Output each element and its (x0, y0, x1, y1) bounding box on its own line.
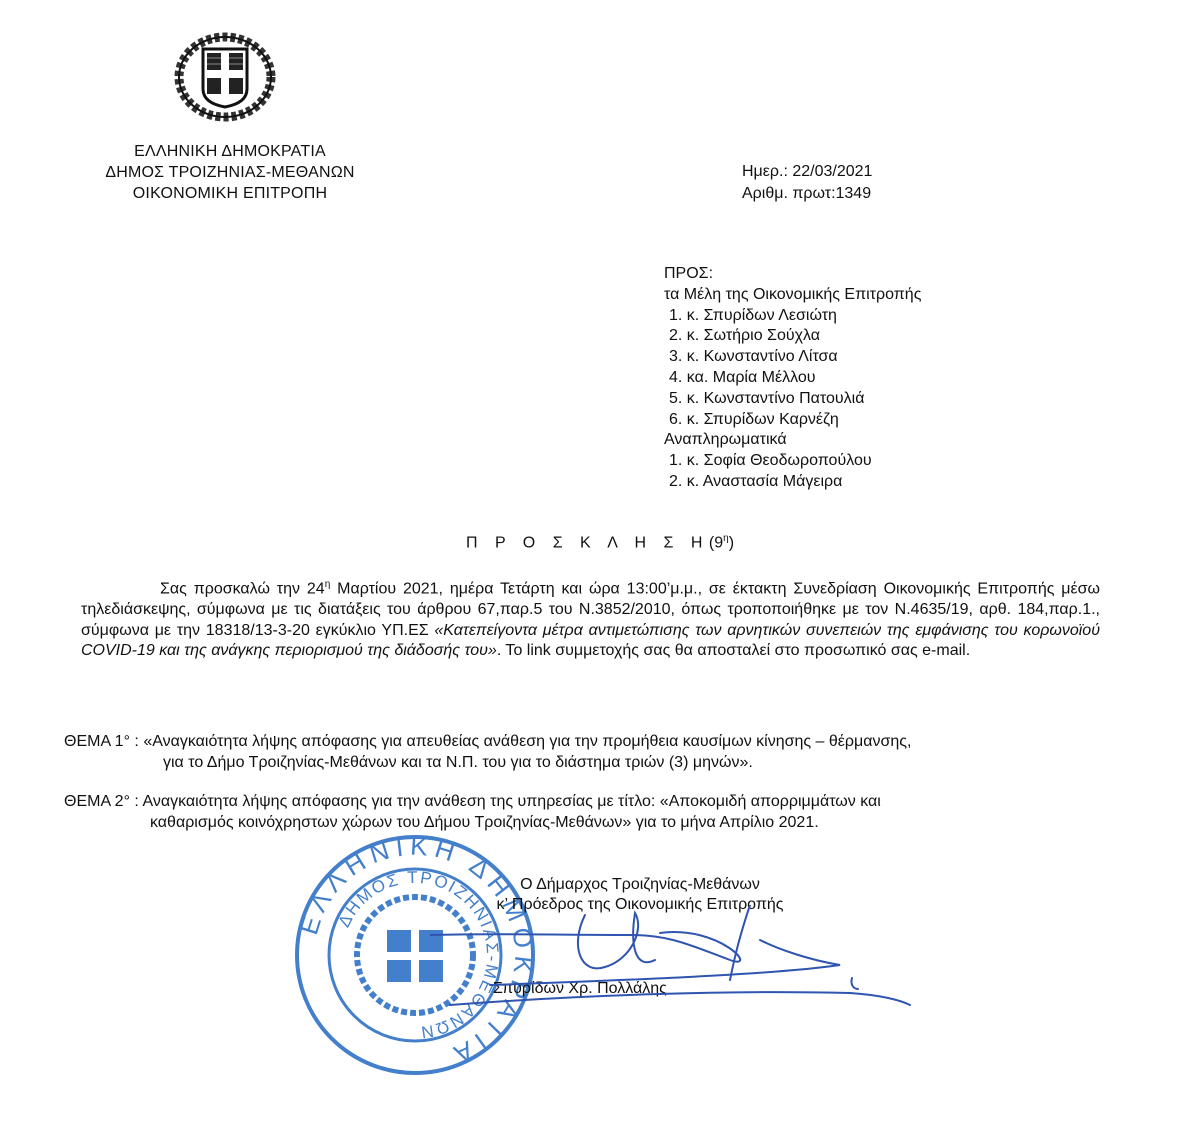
recipient-item: 4. κα. Μαρία Μέλλου (664, 368, 921, 389)
handwritten-signature-icon (430, 905, 940, 1065)
invitation-title: Π Ρ Ο Σ Κ Λ Η Σ Η(9η) (0, 533, 1200, 552)
protocol-number: Αριθμ. πρωτ:1349 (742, 183, 872, 205)
invitation-number-close: ) (729, 534, 734, 551)
document-meta: Ημερ.: 22/03/2021 Αριθμ. πρωτ:1349 (742, 161, 872, 205)
greek-coat-of-arms-icon (170, 25, 280, 125)
invitation-body: Σας προσκαλώ την 24η Μαρτίου 2021, ημέρα… (81, 575, 1100, 662)
document-date: Ημερ.: 22/03/2021 (742, 161, 872, 183)
recipients-heading: ΠΡΟΣ: (664, 264, 921, 285)
invitation-title-text: Π Ρ Ο Σ Κ Λ Η Σ Η (466, 534, 709, 551)
body-text: Σας προσκαλώ την 24 (160, 580, 325, 597)
invitation-paragraph: Σας προσκαλώ την 24η Μαρτίου 2021, ημέρα… (81, 575, 1100, 662)
recipients-group: τα Μέλη της Οικονομικής Επιτροπής (664, 285, 921, 306)
recipient-item: 1. κ. Σπυρίδων Λεσιώτη (664, 306, 921, 327)
recipients-block: ΠΡΟΣ: τα Μέλη της Οικονομικής Επιτροπής … (664, 264, 921, 493)
topic-line: Αναγκαιότητα λήψης απόφασης για την ανάθ… (142, 793, 880, 810)
topic-line: για το Δήμο Τροιζηνίας-Μεθάνων και τα Ν.… (64, 752, 911, 773)
topic-label: ΘΕΜΑ 2° : (64, 793, 139, 810)
agenda-topic-1: ΘΕΜΑ 1° : «Αναγκαιότητα λήψης απόφασης γ… (64, 731, 911, 773)
issuer-line: ΔΗΜΟΣ ΤΡΟΙΖΗΝΙΑΣ-ΜΕΘΑΝΩΝ (70, 162, 390, 183)
issuer-block: ΕΛΛΗΝΙΚΗ ΔΗΜΟΚΡΑΤΙΑ ΔΗΜΟΣ ΤΡΟΙΖΗΝΙΑΣ-ΜΕΘ… (70, 141, 390, 204)
body-text: . Το link συμμετοχής σας θα αποσταλεί στ… (497, 642, 970, 659)
alternate-item: 1. κ. Σοφία Θεοδωροπούλου (664, 451, 921, 472)
alternate-item: 2. κ. Αναστασία Μάγειρα (664, 472, 921, 493)
signatory-role-line: Ο Δήμαρχος Τροιζηνίας-Μεθάνων (430, 875, 850, 895)
topic-label: ΘΕΜΑ 1° : (64, 733, 139, 750)
issuer-line: ΕΛΛΗΝΙΚΗ ΔΗΜΟΚΡΑΤΙΑ (70, 141, 390, 162)
recipient-item: 2. κ. Σωτήριο Σούχλα (664, 326, 921, 347)
recipient-item: 3. κ. Κωνσταντίνο Λίτσα (664, 347, 921, 368)
issuer-line: ΟΙΚΟΝΟΜΙΚΗ ΕΠΙΤΡΟΠΗ (70, 183, 390, 204)
agenda-topic-2: ΘΕΜΑ 2° : Αναγκαιότητα λήψης απόφασης γι… (64, 791, 881, 833)
invitation-number: (9 (709, 534, 723, 551)
topic-line: «Αναγκαιότητα λήψης απόφασης για απευθεί… (143, 733, 911, 750)
recipient-item: 5. κ. Κωνσταντίνο Πατουλιά (664, 389, 921, 410)
alternates-heading: Αναπληρωματικά (664, 430, 921, 451)
recipient-item: 6. κ. Σπυρίδων Καρνέζη (664, 410, 921, 431)
